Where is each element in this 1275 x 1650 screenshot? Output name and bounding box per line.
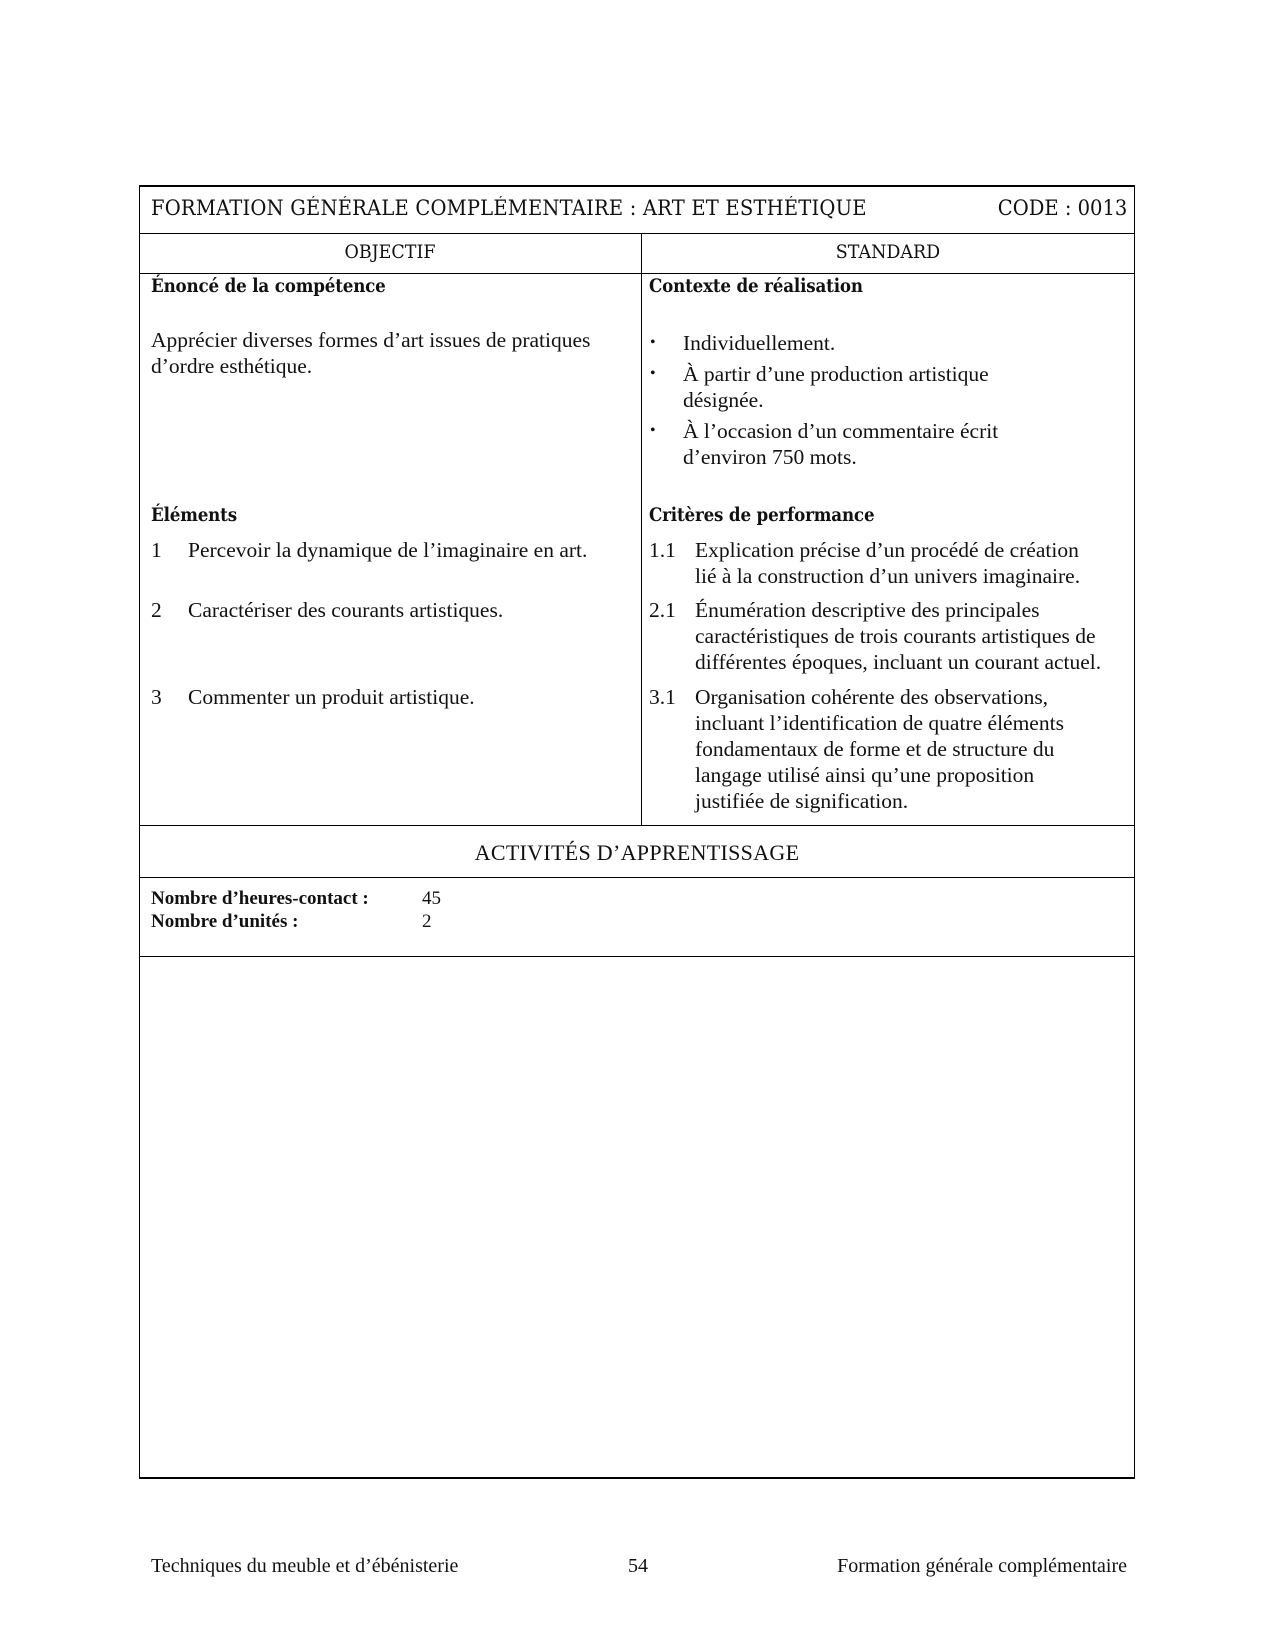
units-value: 2 [422,911,432,933]
column-header-objectif: OBJECTIF [159,241,621,263]
contexte-heading: Contexte de réalisation [649,275,863,297]
elements-heading: Éléments [151,504,237,526]
critere-text: Énumération descriptive des principales … [695,597,1135,675]
element-number: 3 [151,684,162,710]
critere-line: différentes époques, incluant un courant… [695,649,1135,675]
contexte-line: d’environ 750 mots. [683,444,1128,470]
critere-line: fondamentaux de forme et de structure du [695,736,1135,762]
critere-line: Organisation cohérente des observations, [695,684,1135,710]
column-header-standard: STANDARD [661,241,1115,263]
column-header-divider [139,273,1135,274]
critere-number: 2.1 [649,597,676,623]
footer-program: Techniques du meuble et d’ébénisterie [151,1555,458,1578]
contexte-line: À l’occasion d’un commentaire écrit [683,418,1128,444]
units-label: Nombre d’unités : [151,911,298,933]
critere-line: incluant l’identification de quatre élém… [695,710,1135,736]
contexte-list: • Individuellement. • À partir d’une pro… [648,330,1128,475]
element-number: 1 [151,537,162,563]
title-divider [139,233,1135,234]
element-number: 2 [151,597,162,623]
critere-text: Explication précise d’un procédé de créa… [695,537,1135,589]
critere-line: langage utilisé ainsi qu’une proposition [695,762,1135,788]
course-code: CODE : 0013 [997,196,1127,220]
hours-section-divider [139,956,1135,957]
critere-line: Énumération descriptive des principales [695,597,1135,623]
activities-heading: ACTIVITÉS D’APPRENTISSAGE [139,840,1135,866]
competence-statement: Apprécier diverses formes d’art issues d… [151,327,636,379]
critere-number: 1.1 [649,537,676,563]
competence-heading: Énoncé de la compétence [151,275,386,297]
list-item: • Individuellement. [648,330,1128,356]
critere-line: caractéristiques de trois courants artis… [695,623,1135,649]
criteres-heading: Critères de performance [649,504,874,526]
element-text: Caractériser des courants artistiques. [188,597,503,623]
activities-top-divider [139,825,1135,826]
critere-text: Organisation cohérente des observations,… [695,684,1135,814]
bullet-icon: • [650,418,656,444]
critere-line: Explication précise d’un procédé de créa… [695,537,1135,563]
critere-line: justifiée de signification. [695,788,1135,814]
contexte-line: désignée. [683,387,1128,413]
bullet-icon: • [650,330,656,356]
footer-section: Formation générale complémentaire [837,1555,1127,1578]
contexte-line: À partir d’une production artistique [683,361,1128,387]
footer-page-number: 54 [628,1555,648,1578]
hours-value: 45 [422,888,441,910]
course-title: FORMATION GÉNÉRALE COMPLÉMENTAIRE : ART … [151,196,867,220]
hours-label: Nombre d’heures-contact : [151,888,369,910]
element-text: Commenter un produit artistique. [188,684,475,710]
element-text: Percevoir la dynamique de l’imaginaire e… [188,537,587,563]
critere-line: lié à la construction d’un univers imagi… [695,563,1135,589]
critere-number: 3.1 [649,684,676,710]
activities-heading-divider [139,877,1135,878]
competence-line: Apprécier diverses formes d’art issues d… [151,327,636,353]
competence-line: d’ordre esthétique. [151,353,636,379]
bullet-icon: • [650,361,656,387]
list-item: • À l’occasion d’un commentaire écrit d’… [648,418,1128,470]
contexte-line: Individuellement. [683,330,1128,356]
list-item: • À partir d’une production artistique d… [648,361,1128,413]
column-divider [641,233,642,825]
